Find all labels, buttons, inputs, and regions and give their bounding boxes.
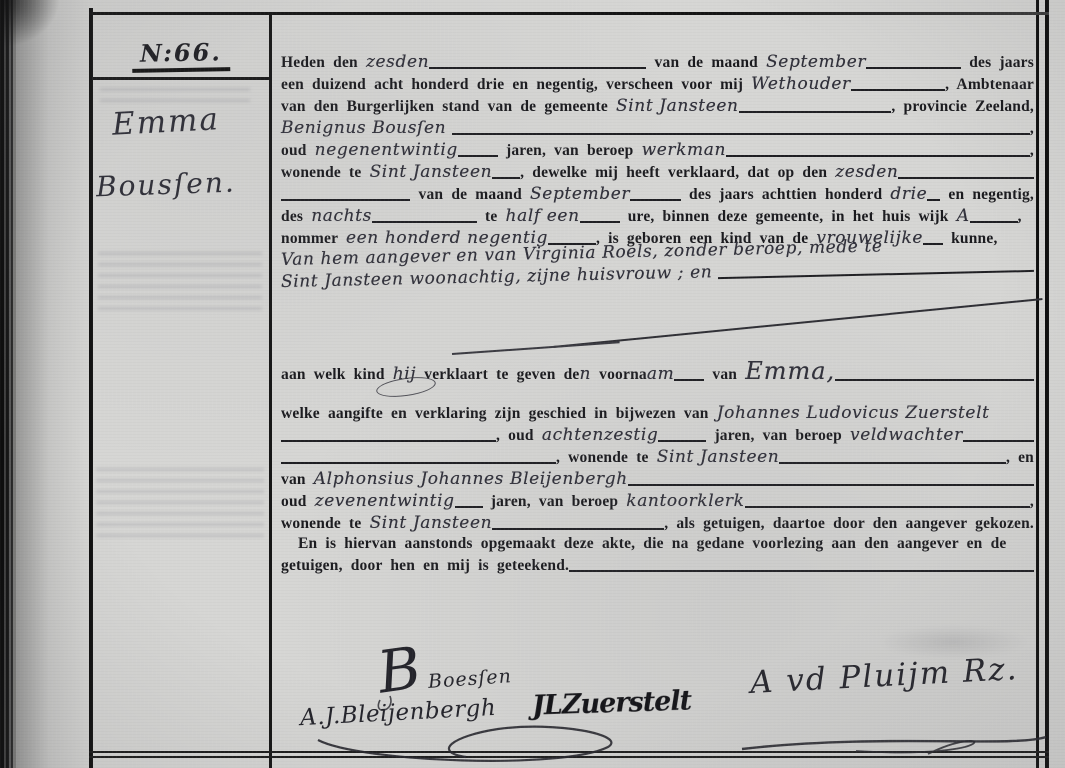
printed-text: ure, binnen deze gemeente, in het huis w… [620, 208, 957, 226]
handwritten-entry: Alphonsius Johannes Bleijenbergh [314, 469, 628, 489]
printed-text: , als getuigen, daartoe door den aangeve… [664, 515, 1034, 533]
act-line: van den Burgerlijken stand van de gemeen… [281, 96, 1034, 118]
handwritten-entry: September [530, 184, 630, 204]
blank-fill-line [492, 177, 520, 179]
printed-text: wonende te [281, 164, 370, 182]
corner-smudge [0, 0, 60, 48]
printed-text: des [281, 208, 311, 226]
printed-text: getuigen, door hen en mij is geteekend. [281, 557, 569, 575]
handwritten-entry: drie [890, 184, 927, 204]
blank-fill-line [718, 270, 1033, 279]
blank-fill-line [492, 528, 664, 530]
blank-fill-line [779, 462, 1006, 464]
blank-fill-line [372, 221, 477, 223]
handwritten-entry: zesden [366, 52, 429, 72]
printed-text: , oud [496, 427, 542, 445]
blank-fill-line [630, 199, 681, 201]
blank-fill-line [866, 67, 961, 69]
printed-text: nommer [281, 230, 346, 248]
handwritten-entry: half een [506, 206, 580, 226]
blank-fill-line [281, 440, 496, 442]
printed-text: En is hiervan aanstonds opgemaakt deze a… [298, 535, 1006, 553]
blank-fill-line [970, 221, 1018, 223]
printed-text: jaren, van beroep [498, 142, 642, 160]
act-line: , oud achtenzestig jaren, van beroep vel… [281, 425, 1034, 447]
handwritten-entry: am [647, 364, 674, 384]
handwritten-entry: Emma, [745, 357, 835, 385]
handwritten-entry: werkman [642, 140, 726, 160]
printed-text: voorna [591, 366, 647, 384]
act-line: van Alphonsius Johannes Bleijenbergh [281, 469, 1034, 491]
handwritten-entry: Benignus Bousſen [281, 118, 452, 138]
printed-text: , provincie Zeeland, [891, 98, 1034, 116]
act-line: wonende te Sint Jansteen, als getuigen, … [281, 513, 1034, 535]
handwritten-entry: veldwachter [850, 425, 963, 445]
handwritten-entry: Sint Jansteen [657, 447, 780, 467]
blank-fill-line [658, 440, 706, 442]
act-line: een duizend acht honderd drie en negenti… [281, 74, 1034, 96]
handwritten-entry: September [766, 52, 866, 72]
signature-father-initial: B [373, 633, 425, 706]
printed-text: verklaart te geven de [416, 366, 579, 384]
signature-witness-zuerstelt: JLZuerstelt [532, 685, 692, 722]
act-line: welke aangifte en verklaring zijn geschi… [281, 403, 1034, 425]
ink-bleed-through [100, 88, 250, 105]
printed-text: , dewelke mij heeft verklaard, dat op de… [520, 164, 835, 182]
act-line: aan welk kind hij verklaart te geven den… [281, 357, 1034, 379]
printed-text: des jaars achttien honderd [681, 186, 890, 204]
handwritten-entry: zesden [835, 162, 898, 182]
printed-text: een duizend acht honderd drie en negenti… [281, 76, 751, 94]
printed-text: Heden den [281, 54, 366, 72]
blank-fill-line [458, 155, 498, 157]
printed-text: en negentig, [940, 186, 1034, 204]
printed-text: aan welk kind [281, 366, 393, 384]
printed-text: van de maand [646, 54, 766, 72]
blank-fill-line [429, 67, 646, 69]
margin-header-rule [92, 77, 269, 80]
printed-text: , [1030, 142, 1034, 160]
blank-fill-line [281, 462, 556, 464]
blank-fill-line [580, 221, 620, 223]
act-line: oud zevenentwintig jaren, van beroep kan… [281, 491, 1034, 513]
blank-fill-line [963, 440, 1034, 442]
printed-text: van den Burgerlijken stand van de gemeen… [281, 98, 616, 116]
handwritten-entry: nachts [311, 206, 372, 226]
form-border-right-outer [1045, 0, 1049, 768]
ink-bleed-through [96, 468, 264, 544]
printed-text: , [1018, 208, 1022, 226]
blank-fill-line [927, 199, 940, 201]
margin-child-first-name: Emma [111, 101, 221, 143]
handwritten-entry: A [957, 206, 970, 226]
handwritten-entry: achtenzestig [542, 425, 659, 445]
margin-child-surname: Bousſen. [95, 166, 236, 204]
act-line: des nachts te half een ure, binnen deze … [281, 206, 1034, 228]
birth-certificate-scan: N:66. Emma Bousſen. Heden den zesden van… [0, 0, 1065, 768]
blank-fill-line [851, 89, 945, 91]
blank-fill-line [452, 133, 1030, 135]
printed-text: , [1030, 493, 1034, 511]
act-line: Heden den zesden van de maand September … [281, 52, 1034, 74]
handwritten-entry: Sint Jansteen [370, 162, 493, 182]
printed-text: welke aangifte en verklaring zijn geschi… [281, 405, 717, 423]
printed-text: van [704, 366, 745, 384]
handwritten-entry: Wethouder [751, 74, 851, 94]
blank-fill-line [726, 155, 1030, 157]
act-line: En is hiervan aanstonds opgemaakt deze a… [281, 535, 1034, 557]
form-border-left [89, 8, 93, 768]
margin-divider-line [269, 12, 272, 768]
printed-text: , [1030, 120, 1034, 138]
handwritten-entry: zevenentwintig [315, 491, 455, 511]
blank-fill-line [898, 177, 1034, 179]
handwritten-entry: kantoorklerk [626, 491, 744, 511]
binding-shadow [16, 0, 90, 768]
handwritten-entry: Johannes Ludovicus Zuerstelt [717, 403, 990, 423]
printed-text: oud [281, 493, 315, 511]
blank-fill-line [569, 570, 1034, 572]
act-line: oud negenentwintig jaren, van beroep wer… [281, 140, 1034, 162]
blank-fill-line [628, 484, 1034, 486]
act-line: , wonende te Sint Jansteen, en [281, 447, 1034, 469]
printed-text: te [477, 208, 506, 226]
handwritten-entry: negenentwintig [315, 140, 458, 160]
book-binding-edge [0, 0, 16, 768]
act-line: wonende te Sint Jansteen, dewelke mij he… [281, 162, 1034, 184]
handwritten-entry: Sint Jansteen [370, 513, 493, 533]
act-line: van de maand September des jaars achttie… [281, 184, 1034, 206]
printed-text: jaren, van beroep [483, 493, 627, 511]
printed-text: wonende te [281, 515, 370, 533]
printed-text: , wonende te [556, 449, 657, 467]
act-line: getuigen, door hen en mij is geteekend. [281, 557, 1034, 579]
printed-text: des jaars [961, 54, 1034, 72]
printed-text: jaren, van beroep [706, 427, 850, 445]
blank-fill-line [455, 506, 483, 508]
record-number-text: N:66. [131, 37, 229, 73]
form-border-right-inner [1036, 0, 1039, 768]
printed-text: oud [281, 142, 315, 160]
printed-text: van [281, 471, 314, 489]
printed-text: , en [1006, 449, 1034, 467]
handwritten-entry: Sint Jansteen [616, 96, 739, 116]
printed-text: van de maand [410, 186, 530, 204]
blank-fill-line [835, 379, 1034, 381]
blank-fill-line [674, 379, 704, 381]
blank-fill-line [739, 111, 892, 113]
handwritten-entry: n [580, 364, 592, 384]
printed-text: , Ambtenaar [945, 76, 1034, 94]
record-number: N:66. [92, 38, 269, 72]
act-line: Benignus Bousſen , [281, 118, 1034, 140]
blank-fill-line [281, 199, 410, 201]
ink-bleed-through [98, 252, 262, 316]
blank-fill-line [745, 506, 1030, 508]
